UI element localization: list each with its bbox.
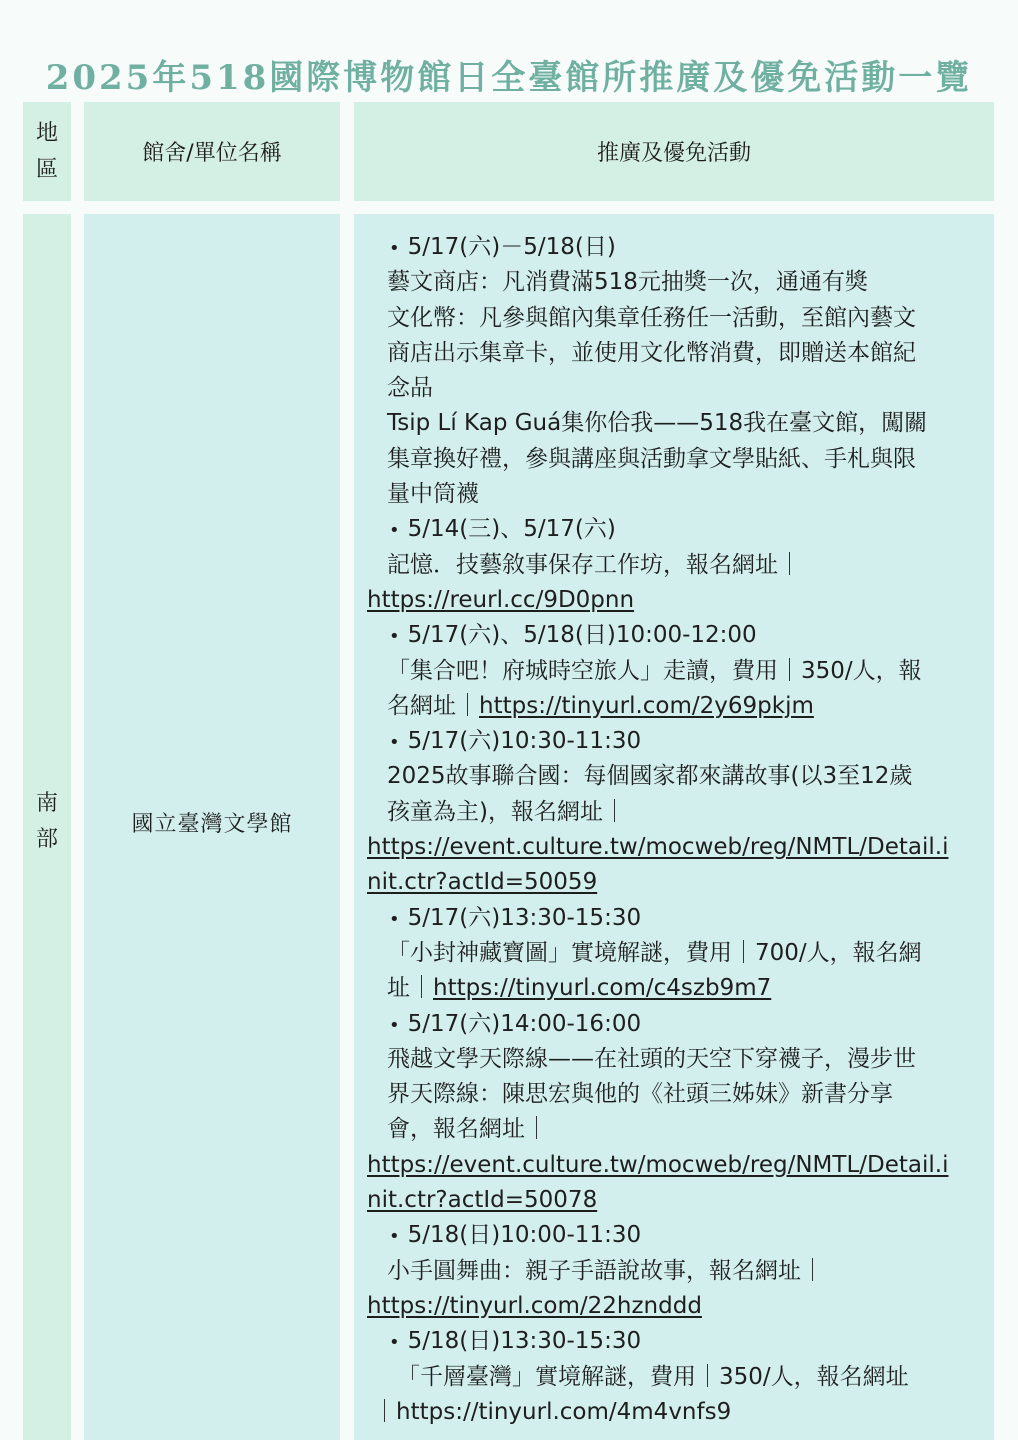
event-text: 小手圓舞曲：親子手語說故事，報名網址｜ [367,1254,987,1289]
event-text: 商店出示集章卡，並使用文化幣消費，即贈送本館紀 [367,336,987,371]
event-text: 會，報名網址｜ [367,1112,987,1147]
registration-link[interactable]: nit.ctr?actId=50059 [367,869,597,895]
header-name-label: 館舍/單位名稱 [142,136,281,167]
cell-venue-name: 國立臺灣文學館 [84,214,340,1440]
event-date: 5/14(三)、5/17(六) [367,512,987,547]
event-text: 飛越文學天際線——在社頭的天空下穿襪子，漫步世 [367,1042,987,1077]
event-text: 2025故事聯合國：每個國家都來講故事(以3至12歲 [367,759,987,794]
event-text: 名網址｜ [387,693,479,719]
event-text: 「小封神藏寶圖」實境解謎，費用｜700/人，報名網 [367,936,987,971]
event-text: 孩童為主)，報名網址｜ [367,795,987,830]
activities-list: 5/17(六)－5/18(日) 藝文商店：凡消費滿518元抽獎一次，通通有獎 文… [367,230,987,1430]
region-label: 南部 [35,786,59,858]
event-date: 5/18(日)13:30-15:30 [367,1324,987,1359]
registration-link[interactable]: nit.ctr?actId=50078 [367,1187,597,1213]
event-date: 5/17(六)10:30-11:30 [367,724,987,759]
event-text: 量中筒襪 [367,477,987,512]
event-date: 5/17(六)－5/18(日) [367,230,987,265]
registration-link[interactable]: https://tinyurl.com/c4szb9m7 [433,975,771,1001]
registration-link[interactable]: https://tinyurl.com/2y69pkjm [479,693,814,719]
event-text: 文化幣：凡參與館內集章任務任一活動，至館內藝文 [367,301,987,336]
event-text: 集章換好禮，參與講座與活動拿文學貼紙、手札與限 [367,442,987,477]
registration-link[interactable]: https://tinyurl.com/22hznddd [367,1293,702,1319]
event-date: 5/18(日)10:00-11:30 [367,1218,987,1253]
event-date: 5/17(六)、5/18(日)10:00-12:00 [367,618,987,653]
event-text: 「千層臺灣」實境解謎，費用｜350/人，報名網址 [367,1360,987,1395]
registration-link[interactable]: https://reurl.cc/9D0pnn [367,587,634,613]
event-text: 界天際線：陳思宏與他的《社頭三姊妹》新書分享 [367,1077,987,1112]
event-date: 5/17(六)13:30-15:30 [367,901,987,936]
venue-name: 國立臺灣文學館 [131,807,292,838]
event-text: 「集合吧！府城時空旅人」走讀，費用｜350/人，報 [367,654,987,689]
header-activities: 推廣及優免活動 [354,102,994,201]
event-text: 址｜ [387,975,433,1001]
registration-link[interactable]: https://event.culture.tw/mocweb/reg/NMTL… [367,1152,948,1178]
registration-link[interactable]: https://event.culture.tw/mocweb/reg/NMTL… [367,834,948,860]
event-link-text: ｜https://tinyurl.com/4m4vnfs9 [367,1395,987,1430]
event-text: 念品 [367,371,987,406]
event-text: 藝文商店：凡消費滿518元抽獎一次，通通有獎 [367,265,987,300]
header-activities-label: 推廣及優免活動 [597,136,751,167]
header-region: 地區 [23,102,71,201]
event-text: Tsip Lí Kap Guá集你佮我——518我在臺文館，闖關 [367,406,987,441]
event-date: 5/17(六)14:00-16:00 [367,1007,987,1042]
header-region-label: 地區 [35,116,59,188]
cell-region: 南部 [23,214,71,1440]
event-text: 記憶．技藝敘事保存工作坊，報名網址｜ [367,548,987,583]
page-title: 2025年518國際博物館日全臺館所推廣及優免活動一覽 [0,50,1018,99]
header-name: 館舍/單位名稱 [84,102,340,201]
